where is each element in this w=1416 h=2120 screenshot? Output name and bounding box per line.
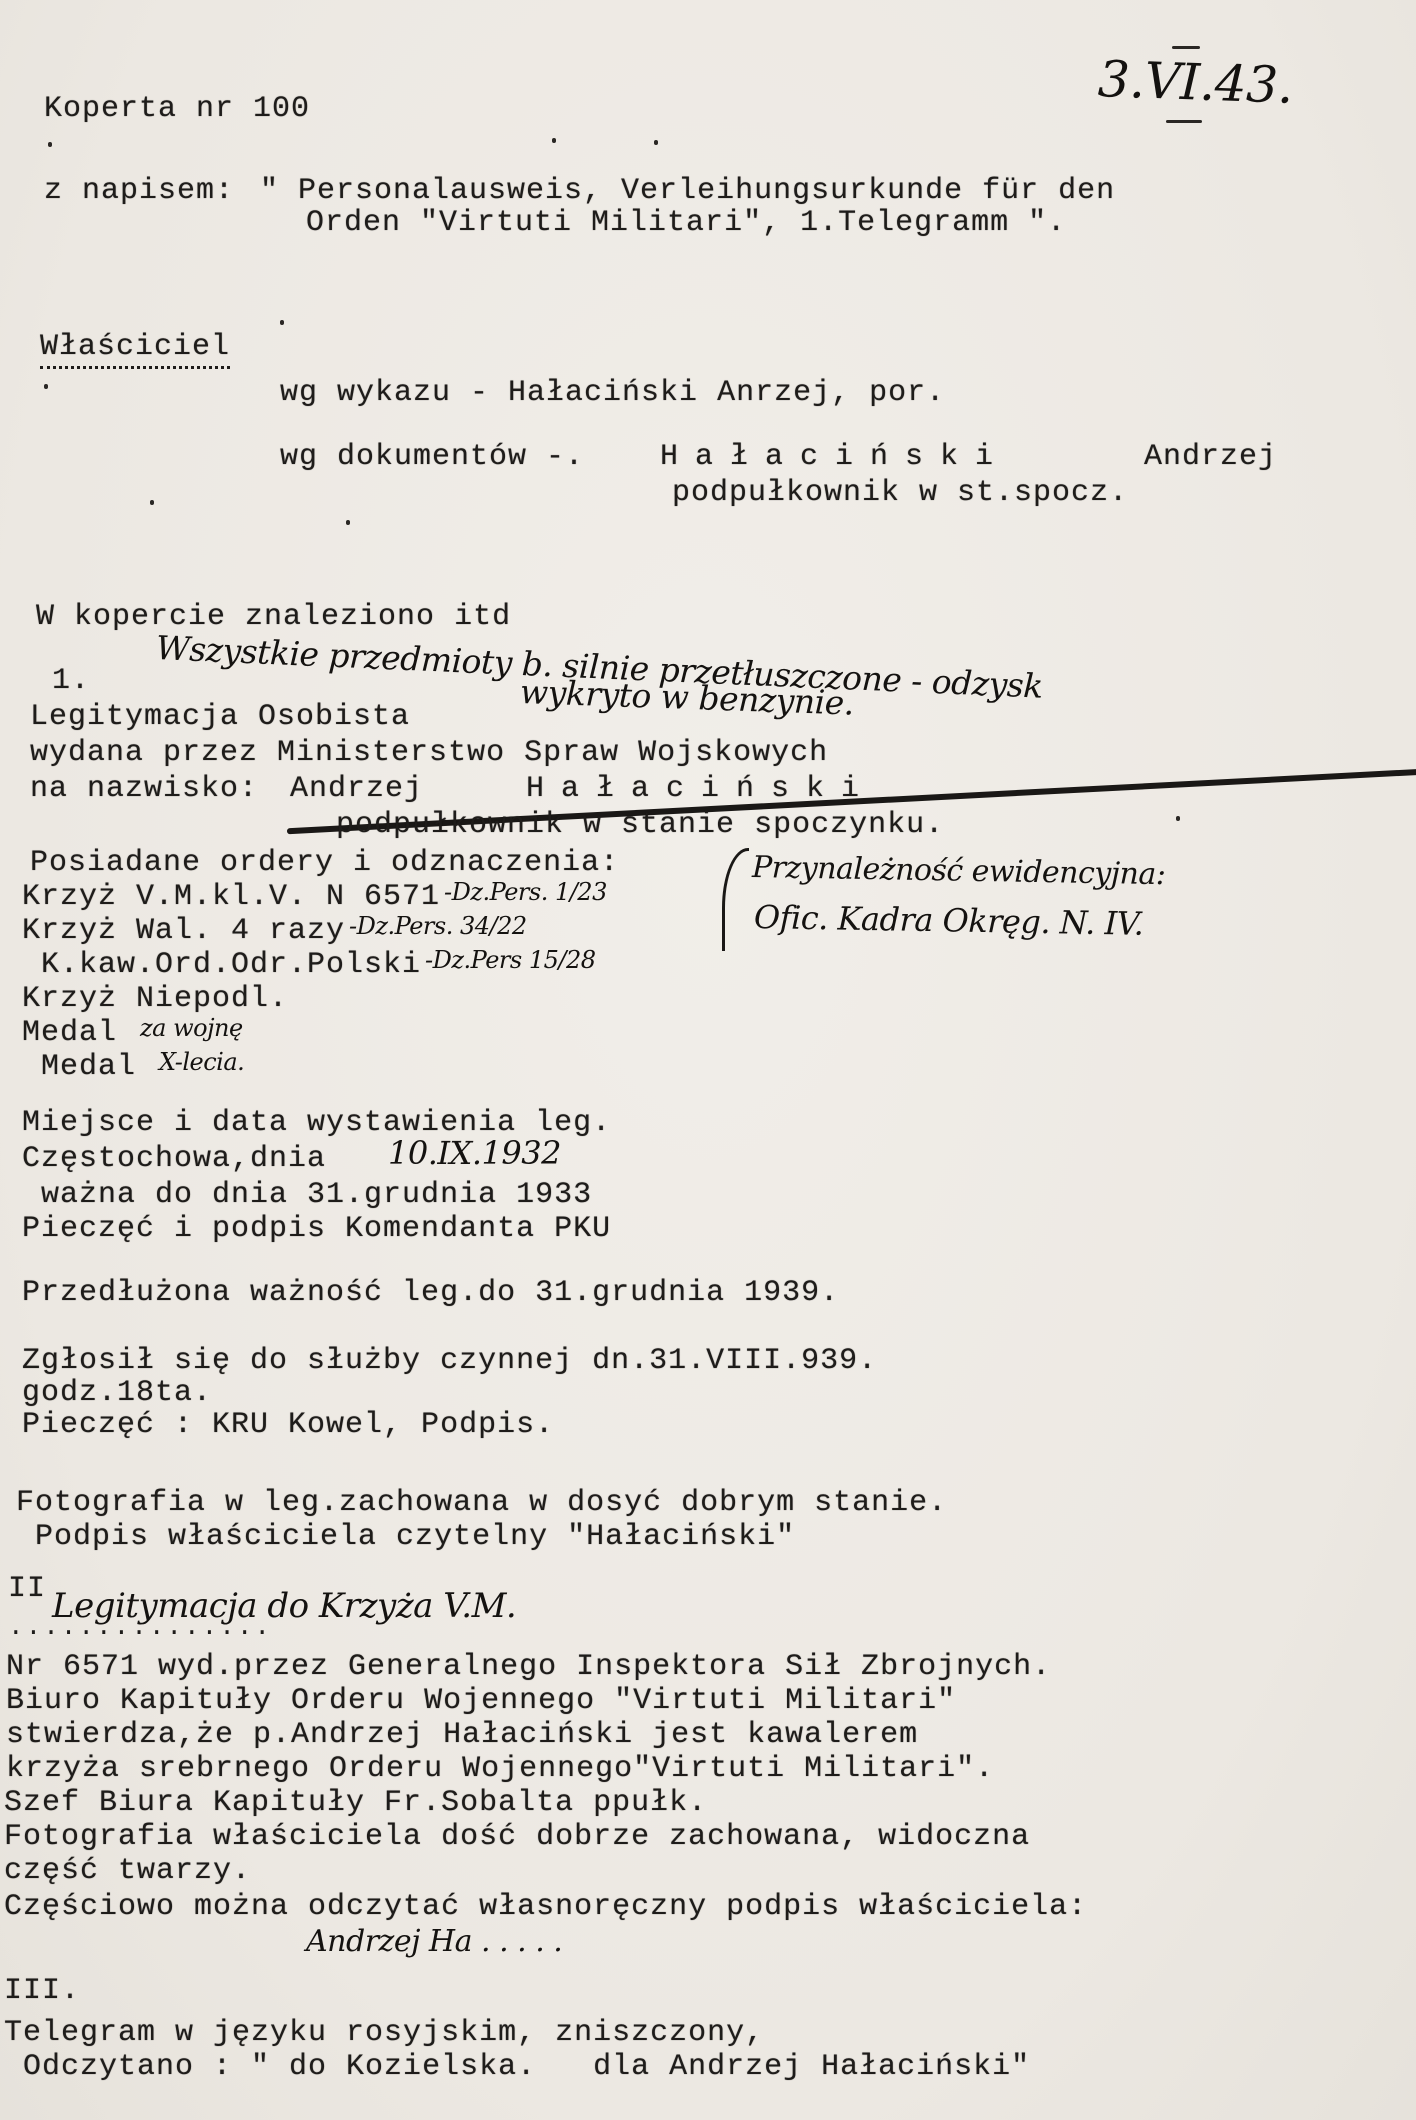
owner-by-documents-name: Hałaciński <box>660 440 1010 474</box>
side-note-line-1: Przynależność ewidencyjna: <box>752 850 1166 892</box>
item-2-signature-handwritten: Andrzej Ha . . . . . <box>306 1924 562 1959</box>
item-2-dots: ............... <box>8 1612 272 1642</box>
owner-by-documents-firstname: Andrzej <box>1144 440 1277 474</box>
ink-speck <box>280 320 284 325</box>
order-item: Medal <box>22 1016 136 1050</box>
ink-speck <box>552 138 556 143</box>
order-item: Krzyż Wal. 4 razy <box>22 914 345 948</box>
item-2-line-6: Fotografia właściciela dość dobrze zacho… <box>4 1820 1030 1854</box>
stamp-commander: Pieczęć i podpis Komendanta PKU <box>22 1212 611 1246</box>
owner-by-documents-prefix: wg dokumentów -. <box>280 440 603 474</box>
handwritten-date: 3.VI.43. <box>1097 50 1294 115</box>
order-item: Krzyż Niepodl. <box>22 982 288 1016</box>
owner-by-documents-rank: podpułkownik w st.spocz. <box>672 476 1128 510</box>
ink-speck <box>150 500 154 505</box>
item-3-line-1: Telegram w języku rosyjskim, zniszczony, <box>4 2016 764 2050</box>
orders-heading: Posiadane ordery i odznaczenia: <box>30 846 619 880</box>
side-note-line-2: Ofic. Kadra Okręg. N. IV. <box>754 898 1144 943</box>
item-1-issued-by: wydana przez Ministerstwo Spraw Wojskowy… <box>30 736 828 770</box>
owner-by-list: wg wykazu - Hałaciński Anrzej, por. <box>280 376 945 410</box>
item-1-rank: podpułkownik w stanie spoczynku. <box>336 808 944 842</box>
order-item: K.kaw.Ord.Odr.Polski <box>22 948 421 982</box>
item-2-line-5: Szef Biura Kapituły Fr.Sobalta ppułk. <box>4 1786 707 1820</box>
item-3-number: III. <box>4 1974 80 2008</box>
extended-validity: Przedłużona ważność leg.do 31.grudnia 19… <box>22 1276 839 1310</box>
bracket-mark <box>722 848 749 951</box>
inscription-line-1: " Personalausweis, Verleihungsurkunde fü… <box>260 174 1115 208</box>
ink-speck <box>654 140 658 145</box>
place-date-typed: Częstochowa,dnia <box>22 1142 345 1176</box>
item-2-number: II <box>8 1572 46 1606</box>
order-item: Krzyż V.M.kl.V. N 6571 <box>22 880 440 914</box>
order-item-handwritten-annotation: -Dz.Pers 15/28 <box>425 946 595 974</box>
order-item-handwritten-annotation: -Dz.Pers. 34/22 <box>349 912 527 940</box>
item-1-name-label: na nazwisko: <box>30 772 258 806</box>
stamp-kru: Pieczęć : KRU Kowel, Podpis. <box>22 1408 554 1442</box>
reported-hour: godz.18ta. <box>22 1376 212 1410</box>
reported-for-duty: Zgłosił się do służby czynnej dn.31.VIII… <box>22 1344 877 1378</box>
order-item-handwritten-annotation: za wojnę <box>140 1014 243 1042</box>
signature-note: Podpis właściciela czytelny "Hałaciński" <box>16 1520 795 1554</box>
item-1-title: Legitymacja Osobista <box>30 700 410 734</box>
place-date-handwritten: 10.IX.1932 <box>388 1134 561 1172</box>
item-2-line-3: stwierdza,że p.Andrzej Hałaciński jest k… <box>6 1718 918 1752</box>
owner-heading: Właściciel <box>40 330 230 369</box>
ink-speck <box>48 142 52 147</box>
item-2-line-4: krzyża srebrnego Orderu Wojennego"Virtut… <box>6 1752 994 1786</box>
envelope-title: Koperta nr 100 <box>44 92 310 126</box>
item-2-line-8: Częściowo można odczytać własnoręczny po… <box>4 1890 1087 1924</box>
item-2-line-1: Nr 6571 wyd.przez Generalnego Inspektora… <box>6 1650 1051 1684</box>
order-item-handwritten-annotation: -Dz.Pers. 1/23 <box>444 878 607 906</box>
order-item: Medal <box>22 1050 155 1084</box>
ink-speck <box>346 520 350 525</box>
underline-mark <box>1166 120 1202 123</box>
document-page: Koperta nr 100 3.VI.43. z napisem: " Per… <box>0 0 1416 2120</box>
item-1-number: 1. <box>52 664 90 698</box>
ink-speck <box>44 384 48 389</box>
photo-note: Fotografia w leg.zachowana w dosyć dobry… <box>16 1486 947 1520</box>
ink-speck <box>1176 816 1180 821</box>
item-2-line-7: część twarzy. <box>4 1854 251 1888</box>
item-2-line-2: Biuro Kapituły Orderu Wojennego "Virtuti… <box>6 1684 956 1718</box>
contents-heading: W kopercie znaleziono itd <box>36 600 511 634</box>
valid-until: ważna do dnia 31.grudnia 1933 <box>22 1178 592 1212</box>
underline-mark <box>1172 46 1200 49</box>
item-1-name-surname: Hałaciński <box>526 772 876 806</box>
item-3-line-2: Odczytano : " do Kozielska. dla Andrzej … <box>4 2050 1030 2084</box>
inscription-line-2: Orden "Virtuti Militari", 1.Telegramm ". <box>306 206 1066 240</box>
inscription-label: z napisem: <box>44 174 234 208</box>
order-item-handwritten-annotation: X-lecia. <box>159 1048 244 1076</box>
